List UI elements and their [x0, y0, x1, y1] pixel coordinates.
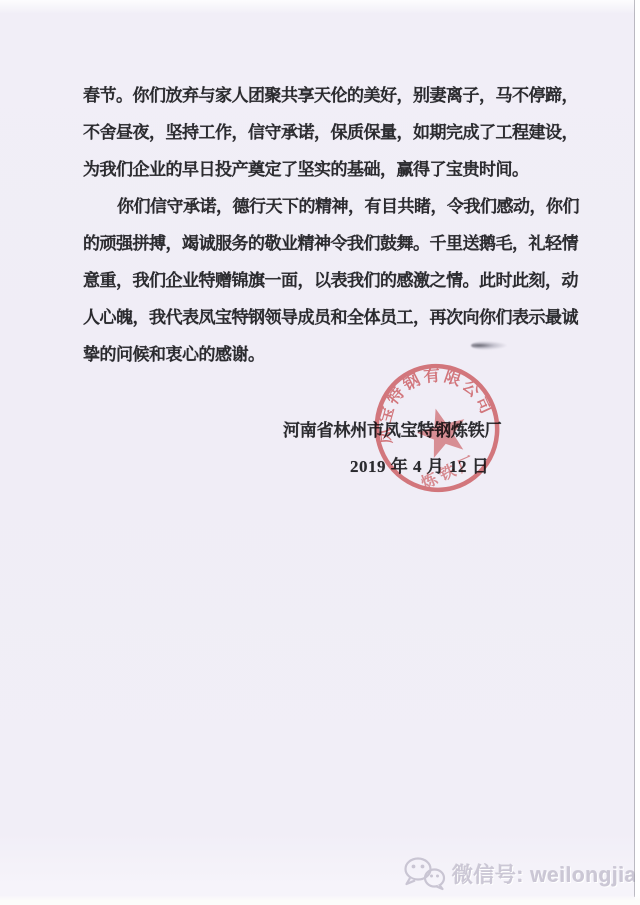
wechat-id-label: 微信号: weilongjianshe — [452, 859, 640, 889]
watermark-footer: 微信号: weilongjianshe — [401, 857, 640, 891]
scanned-letter-page: 春节。你们放弃与家人团聚共享天伦的美好，别妻离子，马不停蹄， 不舍昼夜，坚持工作… — [0, 0, 640, 905]
body-line-1: 春节。你们放弃与家人团聚共享天伦的美好，别妻离子，马不停蹄， — [83, 77, 533, 114]
scan-smudge-artifact — [471, 341, 507, 350]
body-line-3: 为我们企业的早日投产奠定了坚实的基础，赢得了宝贵时间。 — [83, 151, 533, 188]
body-line-2: 不舍昼夜，坚持工作，信守承诺，保质保量，如期完成了工程建设， — [83, 114, 533, 151]
body-line-7: 人心魄，我代表凤宝特钢领导成员和全体员工，再次向你们表示最诚 — [83, 299, 533, 336]
body-line-6: 意重，我们企业特赠锦旗一面，以表我们的感激之情。此时此刻，动 — [83, 262, 533, 299]
red-company-seal-stamp: 凤宝特钢有限公司 炼铁厂 — [371, 361, 503, 496]
seal-star-icon — [412, 402, 472, 461]
scan-right-margin — [635, 0, 640, 905]
scan-bottom-margin — [0, 895, 640, 905]
body-line-4: 你们信守承诺，德行天下的精神，有目共睹，令我们感动，你们 — [83, 188, 533, 225]
wechat-icon — [401, 857, 447, 891]
letter-body: 春节。你们放弃与家人团聚共享天伦的美好，别妻离子，马不停蹄， 不舍昼夜，坚持工作… — [83, 77, 533, 373]
body-line-5: 的顽强拼搏，竭诚服务的敬业精神令我们鼓舞。千里送鹅毛，礼轻情 — [83, 225, 533, 262]
